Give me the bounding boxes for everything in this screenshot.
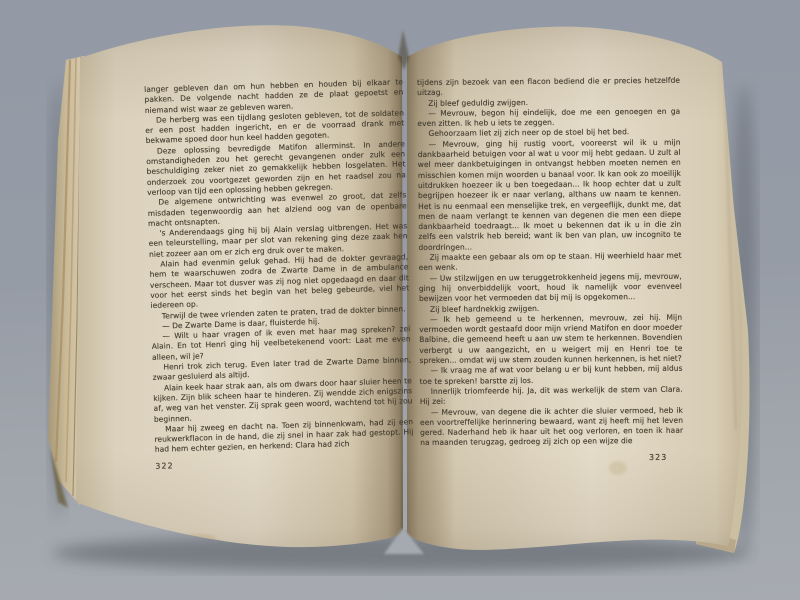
- paragraph: Deze oplossing bevredigde Matifon allerm…: [146, 139, 406, 198]
- dialogue-paragraph: — Mevrouw, van degene die ik achter die …: [420, 405, 683, 448]
- photo-open-book: langer gebleven dan om hun hebben en hou…: [0, 0, 800, 600]
- paragraph: tijdens zijn bezoek van een flacon bedie…: [417, 76, 680, 99]
- paragraph: Maar hij zweeg en dacht na. Toen zij bin…: [154, 417, 414, 456]
- paragraph: Innerlijk triomfeerde hij. Ja, dit was w…: [420, 385, 683, 408]
- dialogue-paragraph: — Uw stilzwijgen en uw teruggetrokkenhei…: [419, 271, 682, 304]
- right-page-text: tijdens zijn bezoek van een flacon bedie…: [417, 76, 683, 465]
- dialogue-paragraph: — Mevrouw, ging hij rustig voort, vooree…: [418, 137, 682, 253]
- paragraph: Alain had evenmin geluk gehad. Hij had d…: [149, 252, 409, 311]
- paragraph: Zij maakte een gebaar als om op te staan…: [419, 251, 682, 274]
- left-page-text: langer gebleven dan om hun hebben en hou…: [144, 77, 414, 471]
- dialogue-paragraph: — Ik vraag me af wat voor belang u er bi…: [420, 364, 683, 387]
- dialogue-paragraph: — Ik heb gemeend u te herkennen, mevrouw…: [419, 313, 682, 367]
- dialogue-paragraph: — Mevrouw, begon hij eindelijk, doe me e…: [417, 107, 680, 130]
